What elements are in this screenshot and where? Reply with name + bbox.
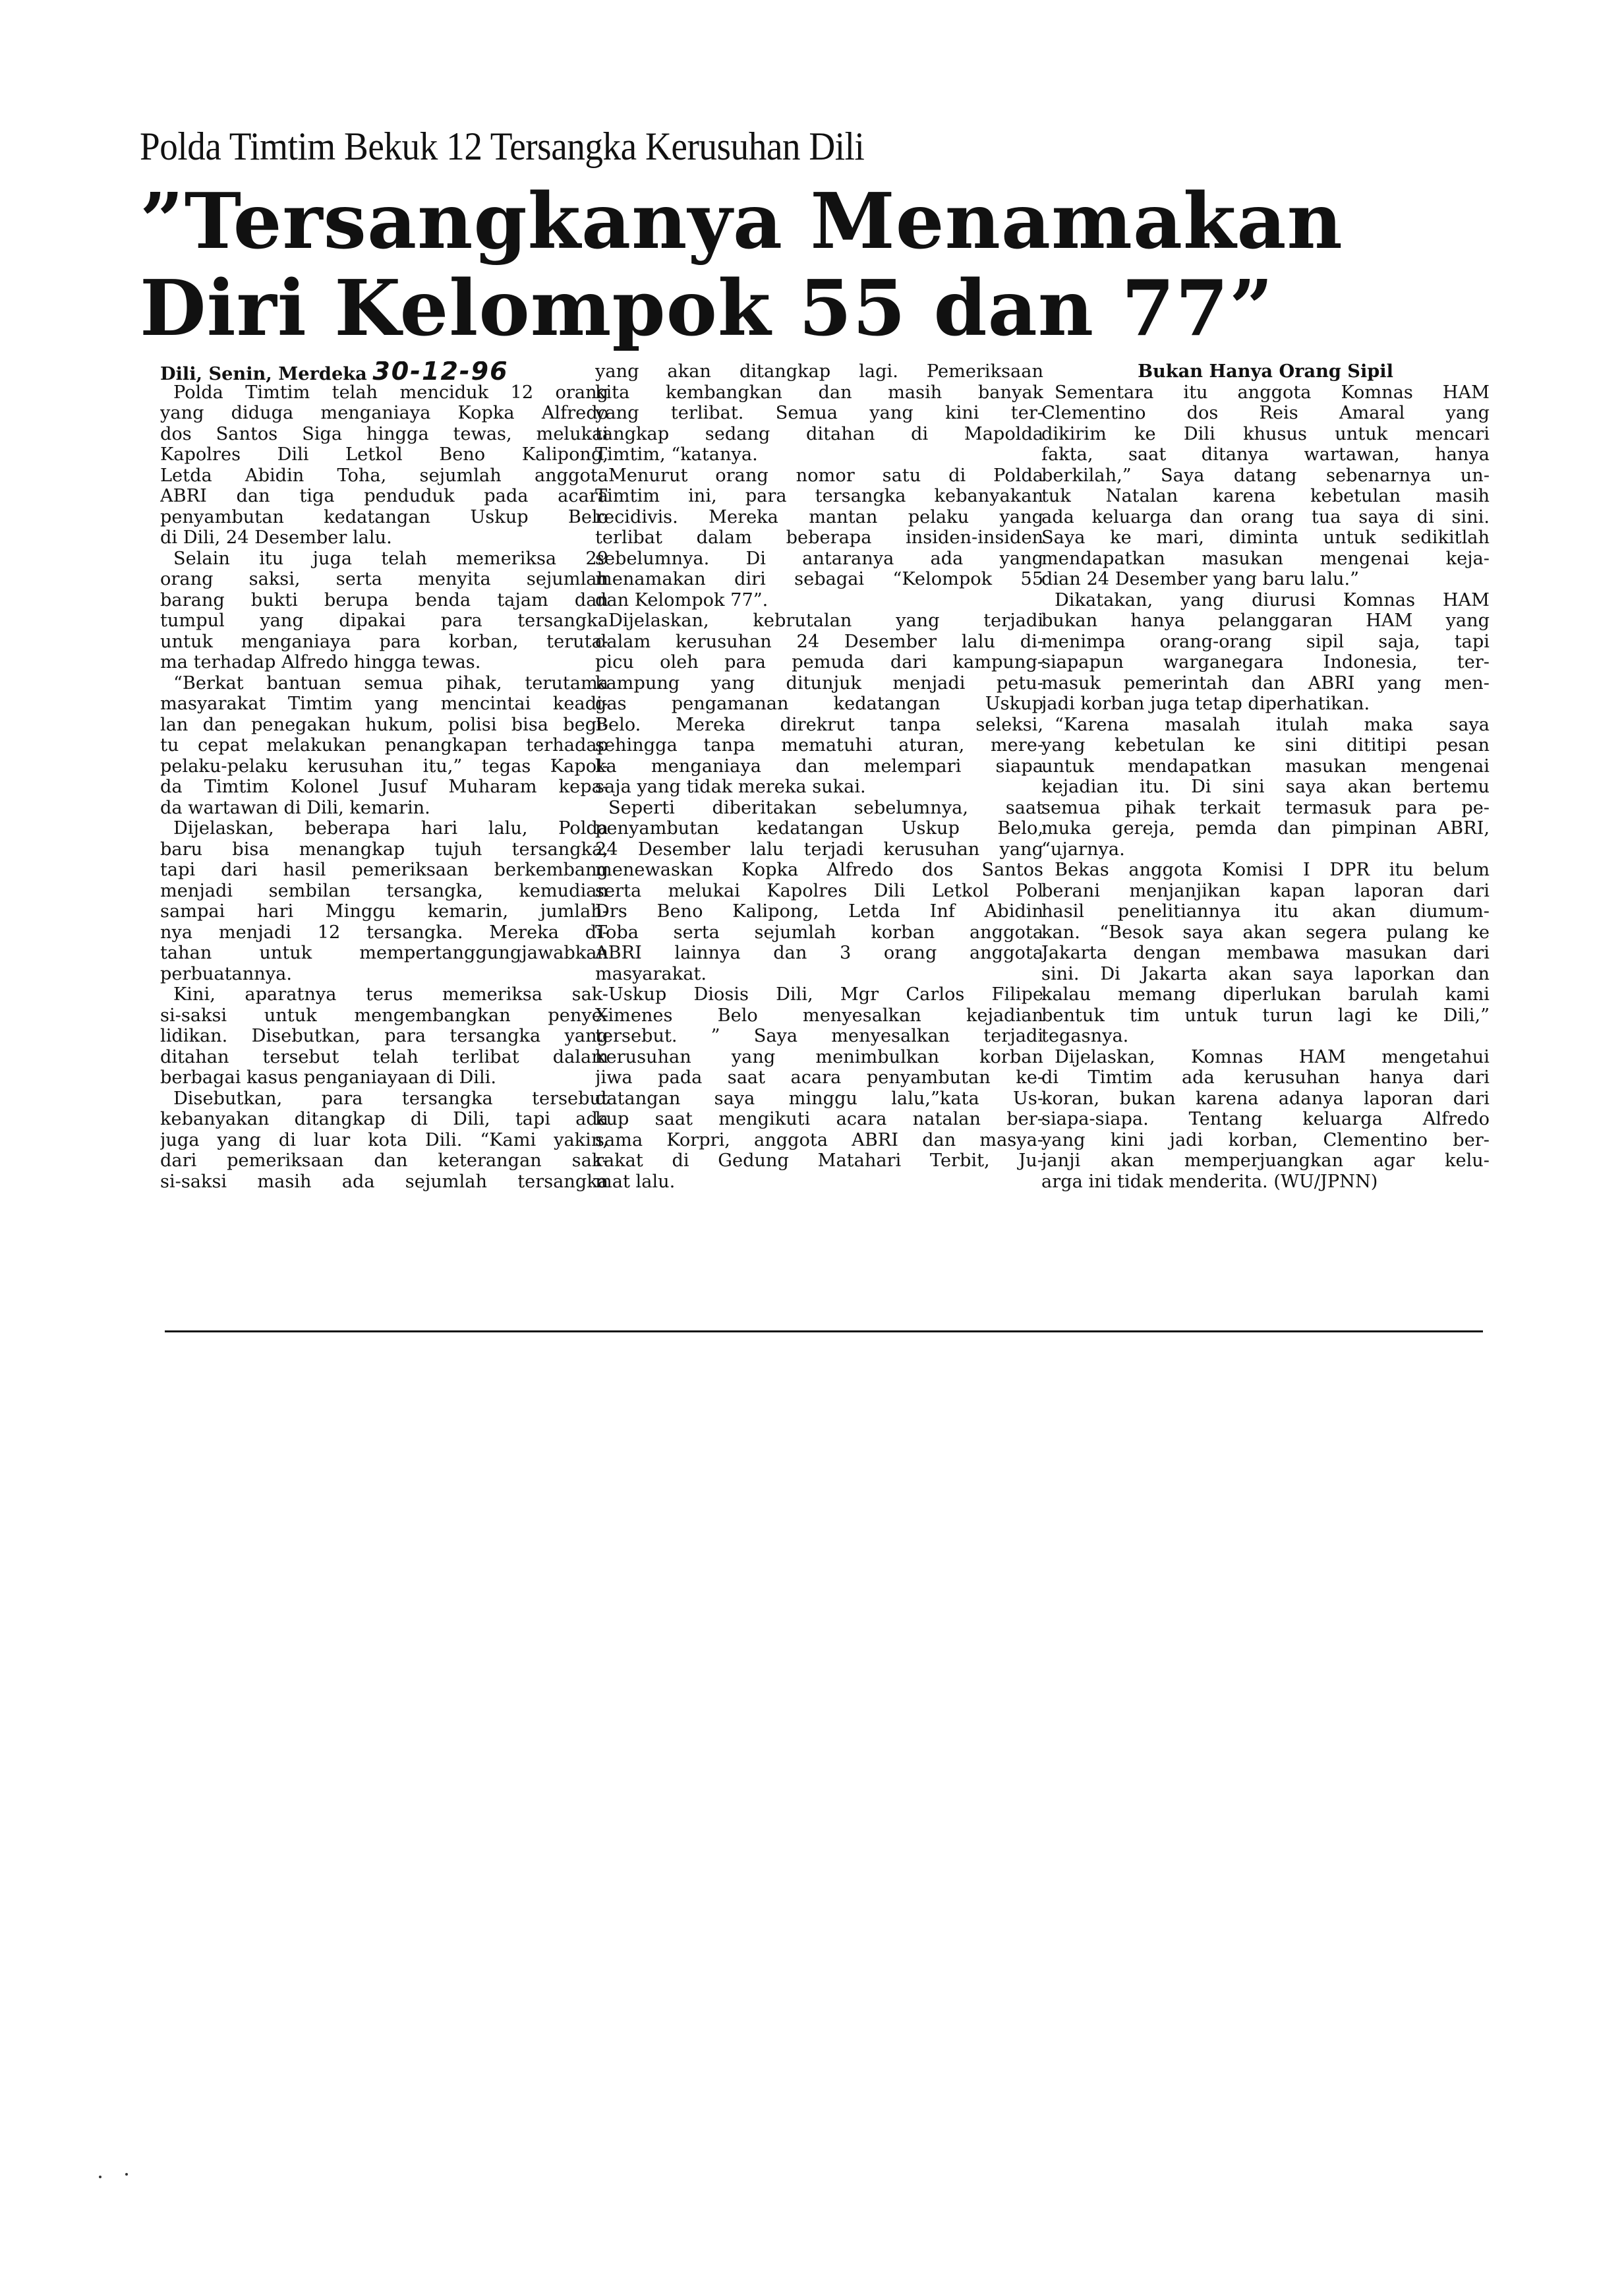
text-line: di Timtim ada kerusuhan hanya dari — [1041, 1067, 1490, 1088]
text-line: lidikan. Disebutkan, para tersangka yang — [160, 1026, 608, 1047]
text-line: juga yang di luar kota Dili. “Kami yakin… — [160, 1130, 608, 1151]
text-line: Dijelaskan, Komnas HAM mengetahui — [1041, 1047, 1490, 1068]
text-line: kan. “Besok saya akan segera pulang ke — [1041, 922, 1490, 943]
text-line: tu cepat melakukan penangkapan terhadap — [160, 735, 608, 756]
text-line: sampai hari Minggu kemarin, jumlah- — [160, 901, 608, 922]
text-line: kalau memang diperlukan barulah kami — [1041, 984, 1490, 1005]
text-line: nya menjadi 12 tersangka. Mereka di- — [160, 922, 608, 943]
text-line: tumpul yang dipakai para tersangka — [160, 610, 608, 632]
text-line: berkilah,” Saya datang sebenarnya un- — [1041, 465, 1490, 487]
text-line: Sementara itu anggota Komnas HAM — [1041, 382, 1490, 403]
text-line: barang bukti berupa benda tajam dan — [160, 590, 608, 611]
text-line: Disebutkan, para tersangka tersebut — [160, 1088, 608, 1110]
text-line: jadi korban juga tetap diperhatikan. — [1041, 694, 1490, 715]
headline-line-2: Diri Kelompok 55 dan 77” — [140, 264, 1274, 353]
text-line: penyambutan kedatangan Uskup Belo — [160, 507, 608, 528]
text-line: arga ini tidak menderita. (WU/JPNN) — [1041, 1172, 1490, 1193]
text-line: ditahan tersebut telah terlibat dalam — [160, 1047, 608, 1068]
text-line: ma terhadap Alfredo hingga tewas. — [160, 652, 608, 673]
text-line: masyarakat Timtim yang mencintai keadi- — [160, 694, 608, 715]
handwritten-date: 30-12-96 — [372, 361, 508, 382]
text-line: Dikatakan, yang diurusi Komnas HAM — [1041, 590, 1490, 611]
text-line: Kini, aparatnya terus memeriksa sak- — [160, 984, 608, 1005]
text-line: “ujarnya. — [1041, 839, 1490, 860]
text-line: pelaku-pelaku kerusuhan itu,” tegas Kapo… — [160, 756, 608, 777]
text-line: sehingga tanpa mematuhi aturan, mere- — [595, 735, 1043, 756]
text-line: Menurut orang nomor satu di Polda — [595, 465, 1043, 487]
text-line: baru bisa menangkap tujuh tersangka, — [160, 839, 608, 860]
dateline: Dili, Senin, Merdeka 30-12-96 — [160, 361, 608, 382]
text-line: menimpa orang-orang sipil saja, tapi — [1041, 632, 1490, 653]
text-line: Uskup Diosis Dili, Mgr Carlos Filipe — [595, 984, 1043, 1005]
text-line: mendapatkan masukan mengenai keja- — [1041, 549, 1490, 570]
text-line: recidivis. Mereka mantan pelaku yang — [595, 507, 1043, 528]
text-line: lan dan penegakan hukum, polisi bisa beg… — [160, 715, 608, 736]
text-line: da wartawan di Dili, kemarin. — [160, 798, 608, 819]
text-line: Seperti diberitakan sebelumnya, saat — [595, 798, 1043, 819]
text-line: koran, bukan karena adanya laporan dari — [1041, 1088, 1490, 1110]
text-line: Selain itu juga telah memeriksa 29 — [160, 549, 608, 570]
text-line: Timtim ini, para tersangka kebanyakan — [595, 486, 1043, 507]
kicker-headline: Polda Timtim Bekuk 12 Tersangka Kerusuha… — [140, 124, 864, 169]
text-line: kerusuhan yang menimbulkan korban — [595, 1047, 1043, 1068]
text-line: kejadian itu. Di sini saya akan bertemu — [1041, 777, 1490, 798]
text-line: masyarakat. — [595, 964, 1043, 985]
text-line: janji akan memperjuangkan agar kelu- — [1041, 1150, 1490, 1172]
text-line: tahan untuk mempertanggungjawabkan — [160, 943, 608, 964]
column-1-body: Polda Timtim telah menciduk 12 orangyang… — [160, 382, 608, 1193]
text-line: sini. Di Jakarta akan saya laporkan dan — [1041, 964, 1490, 985]
column-1: Dili, Senin, Merdeka 30-12-96 Polda Timt… — [160, 361, 608, 1192]
text-line: penyambutan kedatangan Uskup Belo, — [595, 818, 1043, 839]
text-line: dalam kerusuhan 24 Desember lalu di- — [595, 632, 1043, 653]
text-line: Timtim, “katanya. — [595, 444, 1043, 465]
text-line: Saya ke mari, diminta untuk sedikitlah — [1041, 527, 1490, 549]
text-line: serta melukai Kapolres Dili Letkol Pol — [595, 881, 1043, 902]
text-line: “Berkat bantuan semua pihak, terutama — [160, 673, 608, 694]
text-line: gas pengamanan kedatangan Uskup — [595, 694, 1043, 715]
text-line: untuk mendapatkan masukan mengenai — [1041, 756, 1490, 777]
text-line: yang diduga menganiaya Kopka Alfredo — [160, 403, 608, 424]
text-line: ABRI dan tiga penduduk pada acara — [160, 486, 608, 507]
text-line: sebelumnya. Di antaranya ada yang — [595, 549, 1043, 570]
text-line: Kapolres Dili Letkol Beno Kalipong, — [160, 444, 608, 465]
column-2-body: yang akan ditangkap lagi. Pemeriksaankit… — [595, 361, 1043, 1192]
text-line: terlibat dalam beberapa insiden-insiden — [595, 527, 1043, 549]
text-line: muka gereja, pemda dan pimpinan ABRI, — [1041, 818, 1490, 839]
text-line: menewaskan Kopka Alfredo dos Santos — [595, 860, 1043, 881]
text-line: tangkap sedang ditahan di Mapolda — [595, 424, 1043, 445]
text-line: yang kebetulan ke sini dititipi pesan — [1041, 735, 1490, 756]
text-line: yang kini jadi korban, Clementino ber- — [1041, 1130, 1490, 1151]
text-line: si-saksi untuk mengembangkan penye- — [160, 1005, 608, 1026]
text-line: Dijelaskan, kebrutalan yang terjadi — [595, 610, 1043, 632]
scan-speck — [99, 2176, 101, 2178]
text-line: yang terlibat. Semua yang kini ter- — [595, 403, 1043, 424]
text-line: rakat di Gedung Matahari Terbit, Ju- — [595, 1150, 1043, 1172]
text-line: Dijelaskan, beberapa hari lalu, Polda — [160, 818, 608, 839]
text-line: tapi dari hasil pemeriksaan berkembang — [160, 860, 608, 881]
text-line: kita kembangkan dan masih banyak — [595, 382, 1043, 403]
text-line: mat lalu. — [595, 1172, 1043, 1193]
text-line: “Karena masalah itulah maka saya — [1041, 715, 1490, 736]
text-line: 24 Desember lalu terjadi kerusuhan yang — [595, 839, 1043, 860]
text-line: kup saat mengikuti acara natalan ber- — [595, 1109, 1043, 1130]
text-line: jiwa pada saat acara penyambutan ke- — [595, 1067, 1043, 1088]
text-line: si-saksi masih ada sejumlah tersangka — [160, 1172, 608, 1193]
subheading: Bukan Hanya Orang Sipil — [1041, 361, 1490, 382]
text-line: Toba serta sejumlah korban anggota — [595, 922, 1043, 943]
column-2: yang akan ditangkap lagi. Pemeriksaankit… — [595, 361, 1043, 1192]
bottom-rule — [165, 1330, 1483, 1332]
headline-line-1: ”Tersangkanya Menamakan — [140, 177, 1343, 266]
text-line: datangan saya minggu lalu,”kata Us- — [595, 1088, 1043, 1110]
text-line: dos Santos Siga hingga tewas, melukai — [160, 424, 608, 445]
scan-speck — [125, 2173, 128, 2176]
text-line: Belo. Mereka direkrut tanpa seleksi, — [595, 715, 1043, 736]
text-line: saja yang tidak mereka sukai. — [595, 777, 1043, 798]
text-line: berbagai kasus penganiayaan di Dili. — [160, 1067, 608, 1088]
text-line: untuk menganiaya para korban, teruta- — [160, 632, 608, 653]
text-line: picu oleh para pemuda dari kampung- — [595, 652, 1043, 673]
text-line: menjadi sembilan tersangka, kemudian — [160, 881, 608, 902]
text-line: sama Korpri, anggota ABRI dan masya- — [595, 1130, 1043, 1151]
text-line: hasil penelitiannya itu akan diumum- — [1041, 901, 1490, 922]
text-line: orang saksi, serta menyita sejumlah — [160, 569, 608, 590]
text-line: yang akan ditangkap lagi. Pemeriksaan — [595, 361, 1043, 382]
text-line: tuk Natalan karena kebetulan masih — [1041, 486, 1490, 507]
text-line: menamakan diri sebagai “Kelompok 55 — [595, 569, 1043, 590]
text-line: Drs Beno Kalipong, Letda Inf Abidin — [595, 901, 1043, 922]
text-line: berani menjanjikan kapan laporan dari — [1041, 881, 1490, 902]
column-3: Bukan Hanya Orang Sipil Sementara itu an… — [1041, 361, 1490, 1192]
text-line: kebanyakan ditangkap di Dili, tapi ada — [160, 1109, 608, 1130]
text-line: Clementino dos Reis Amaral yang — [1041, 403, 1490, 424]
text-line: di Dili, 24 Desember lalu. — [160, 527, 608, 549]
text-line: ABRI lainnya dan 3 orang anggota — [595, 943, 1043, 964]
text-line: tegasnya. — [1041, 1026, 1490, 1047]
text-line: bukan hanya pelanggaran HAM yang — [1041, 610, 1490, 632]
text-line: da Timtim Kolonel Jusuf Muharam kepa- — [160, 777, 608, 798]
text-line: fakta, saat ditanya wartawan, hanya — [1041, 444, 1490, 465]
text-line: siapapun warganegara Indonesia, ter- — [1041, 652, 1490, 673]
text-line: dikirim ke Dili khusus untuk mencari — [1041, 424, 1490, 445]
text-line: dari pemeriksaan dan keterangan sak- — [160, 1150, 608, 1172]
text-line: ka menganiaya dan melempari siapa — [595, 756, 1043, 777]
column-3-body: Sementara itu anggota Komnas HAMClementi… — [1041, 382, 1490, 1193]
text-line: Polda Timtim telah menciduk 12 orang — [160, 382, 608, 403]
text-line: Letda Abidin Toha, sejumlah anggota — [160, 465, 608, 487]
text-line: dian 24 Desember yang baru lalu.” — [1041, 569, 1490, 590]
text-line: siapa-siapa. Tentang keluarga Alfredo — [1041, 1109, 1490, 1130]
text-line: Ximenes Belo menyesalkan kejadian — [595, 1005, 1043, 1026]
text-line: bentuk tim untuk turun lagi ke Dili,” — [1041, 1005, 1490, 1026]
text-line: Jakarta dengan membawa masukan dari — [1041, 943, 1490, 964]
text-line: tersebut. ” Saya menyesalkan terjadi — [595, 1026, 1043, 1047]
text-line: ada keluarga dan orang tua saya di sini. — [1041, 507, 1490, 528]
text-line: perbuatannya. — [160, 964, 608, 985]
text-line: semua pihak terkait termasuk para pe- — [1041, 798, 1490, 819]
text-line: kampung yang ditunjuk menjadi petu- — [595, 673, 1043, 694]
dateline-text: Dili, Senin, Merdeka — [160, 363, 367, 382]
text-line: masuk pemerintah dan ABRI yang men- — [1041, 673, 1490, 694]
text-line: Bekas anggota Komisi I DPR itu belum — [1041, 860, 1490, 881]
text-line: dan Kelompok 77”. — [595, 590, 1043, 611]
